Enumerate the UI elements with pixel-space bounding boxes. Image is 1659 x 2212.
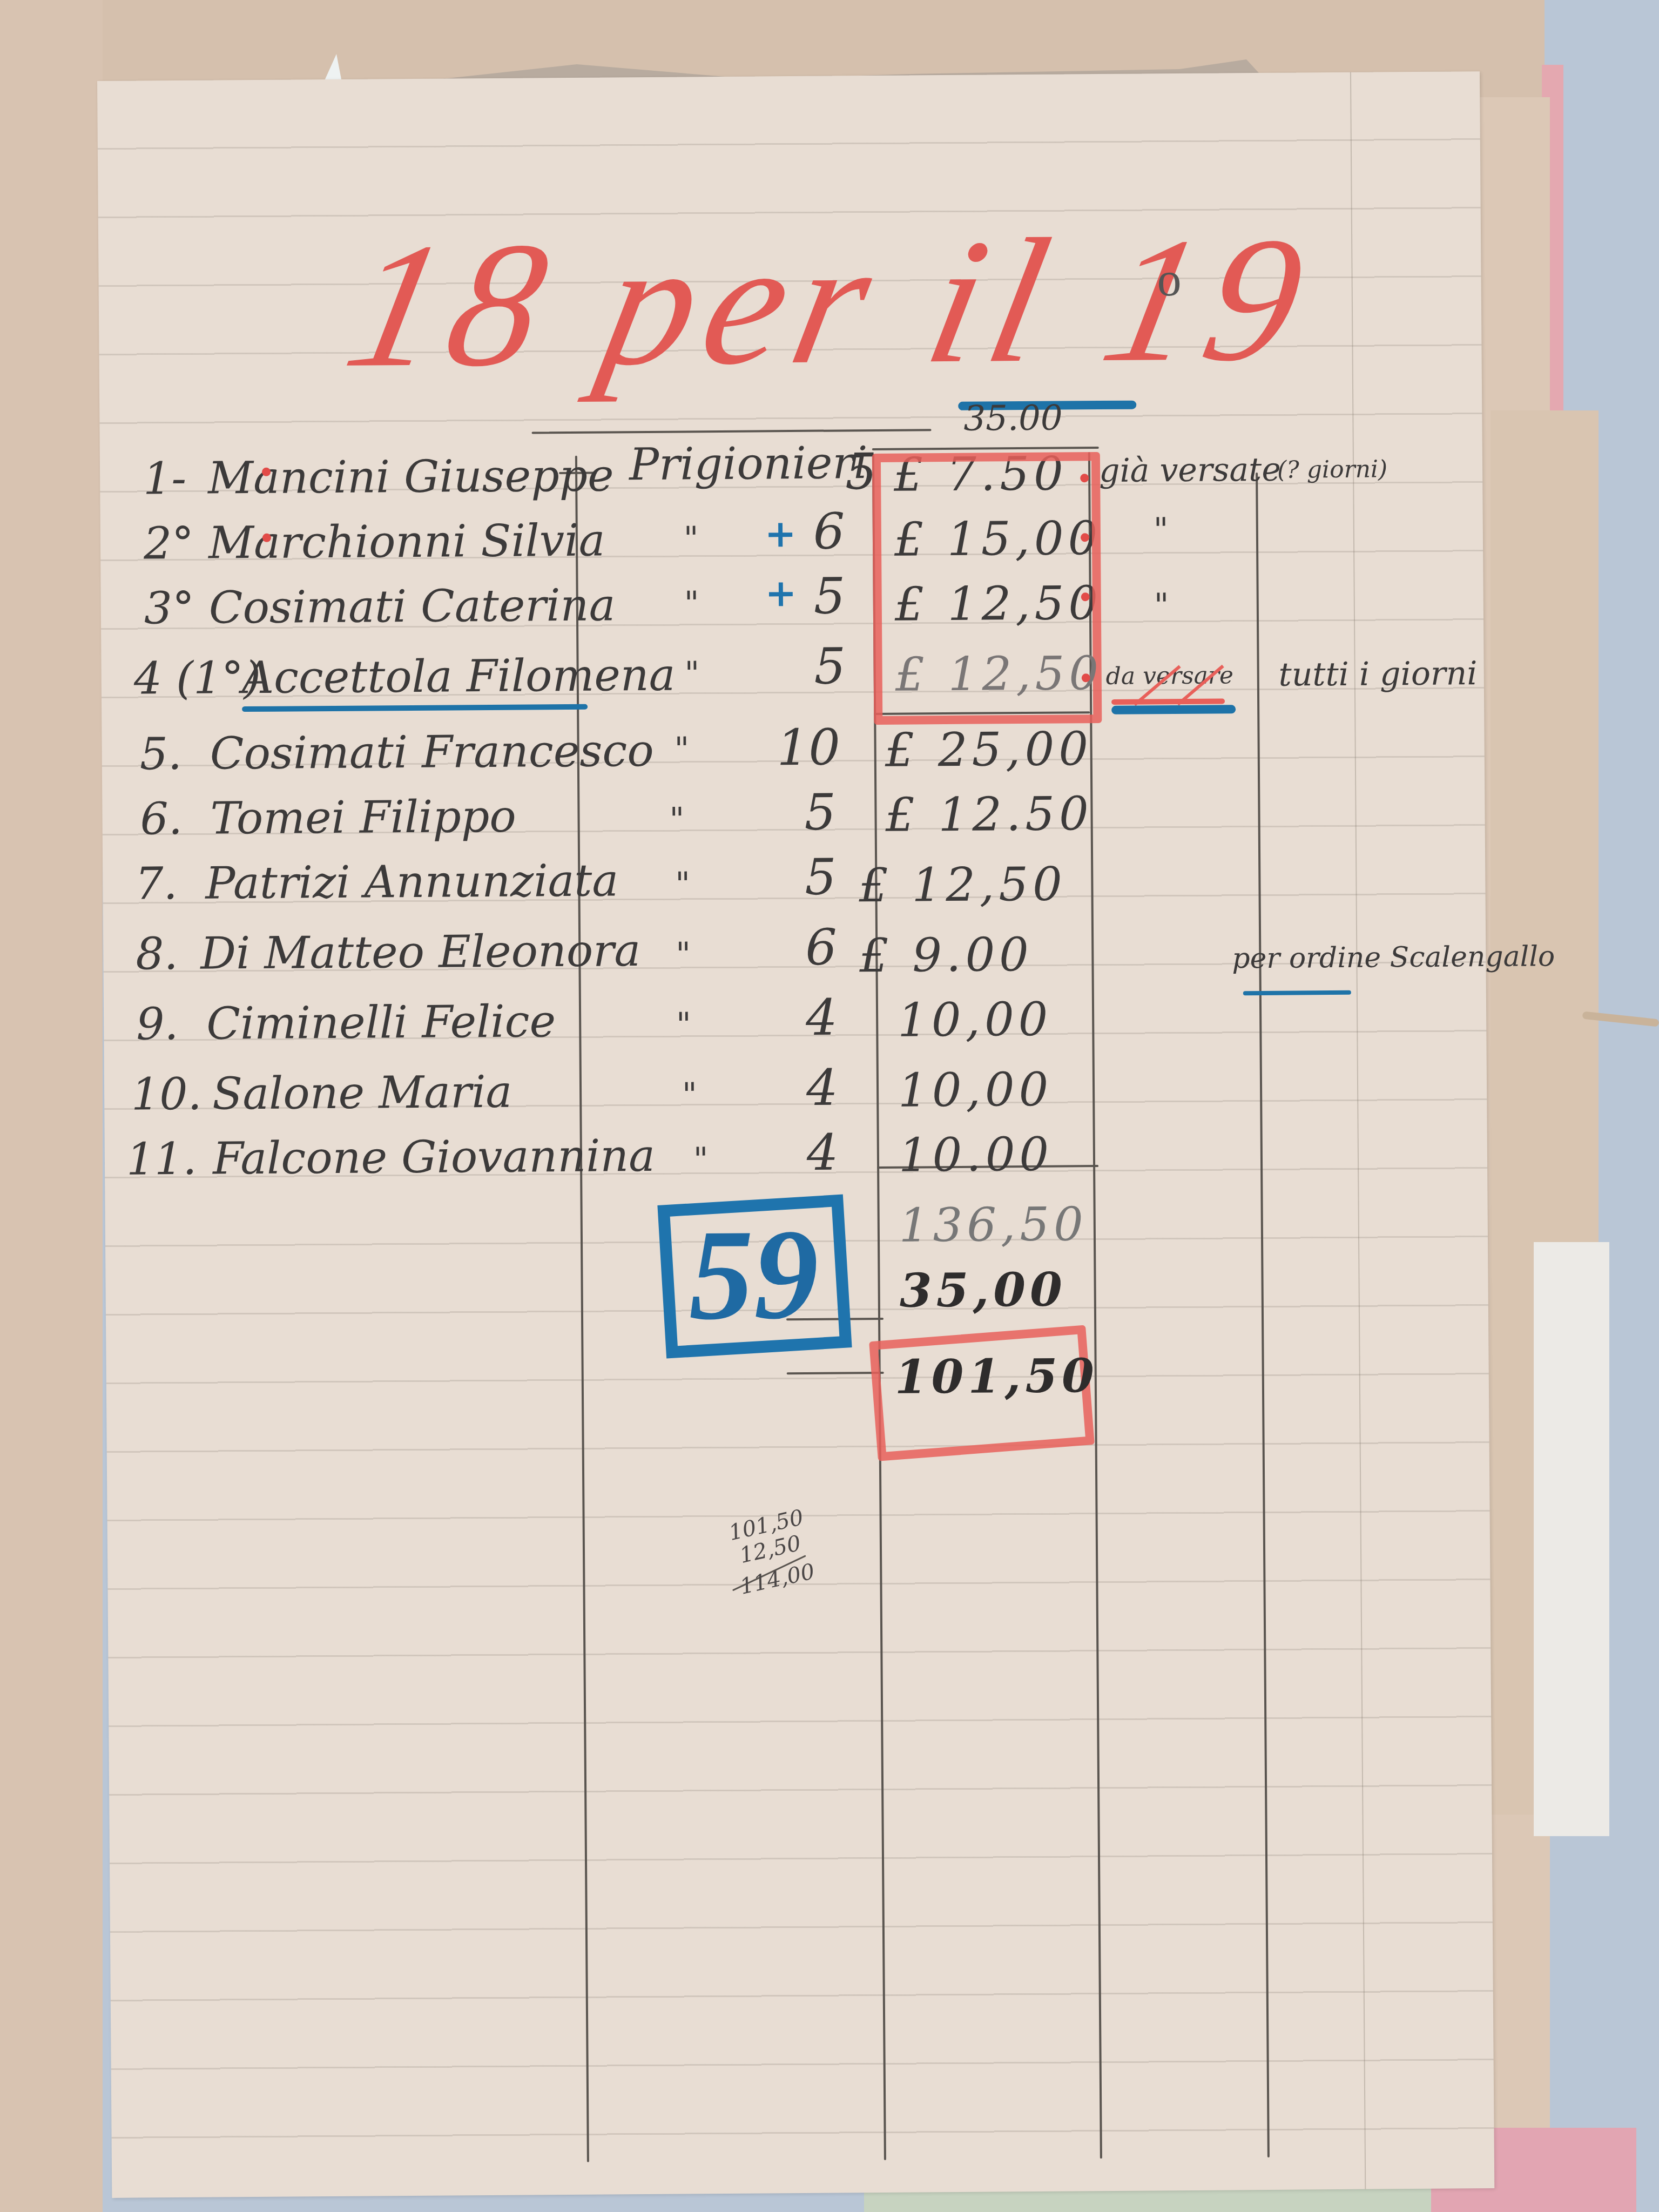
row-note: già versate xyxy=(1099,451,1281,490)
row-side-note: per ordine Scalengallo xyxy=(1232,940,1555,975)
row-amount: 10.00 xyxy=(899,1128,1054,1183)
side-note-blue-underline xyxy=(1243,990,1351,995)
row-quantity: 10 xyxy=(777,718,840,777)
row-quantity: 5 xyxy=(813,567,845,625)
red-check-dot xyxy=(1082,673,1090,682)
row-amount: £ 12.50 xyxy=(885,787,1093,842)
row-name: Mancini Giuseppe xyxy=(208,450,614,504)
category-header: Prigionieri xyxy=(629,437,868,490)
row-name: Salone Maria xyxy=(212,1067,512,1120)
row-number: 7. xyxy=(135,858,178,910)
row-note: " xyxy=(1154,511,1169,549)
row-category-ditto: " xyxy=(669,800,684,838)
row-quantity: 6 xyxy=(813,502,845,560)
row-number: 8. xyxy=(136,928,178,980)
row-quantity: 4 xyxy=(807,1123,839,1181)
net-rule xyxy=(787,1372,884,1374)
row-amount: £ 12,50 xyxy=(859,858,1067,913)
blue-underline-mark xyxy=(1111,705,1236,714)
row-quantity: 5 xyxy=(814,637,846,695)
row-name: Patrizi Annunziata xyxy=(205,855,619,909)
row-number: 5. xyxy=(139,729,182,780)
row-amount: 10,00 xyxy=(898,993,1053,1048)
row-name: Cosimati Caterina xyxy=(208,579,615,633)
red-mark-dot xyxy=(262,534,271,542)
row-category-ditto: " xyxy=(675,865,690,903)
page-margin-line xyxy=(1350,72,1366,2189)
column-rule-1 xyxy=(575,456,589,2162)
row-number: 6. xyxy=(140,793,183,845)
row-amount: £ 9.00 xyxy=(859,928,1033,983)
row-number: 11. xyxy=(126,1134,197,1185)
row-amount: £ 25,00 xyxy=(885,722,1092,778)
row-note: " xyxy=(1154,586,1169,624)
row-amount: 10,00 xyxy=(898,1063,1053,1118)
net-total: 101,50 xyxy=(894,1348,1098,1405)
row-name: Cosimati Francesco xyxy=(210,725,654,780)
row-number: 2° xyxy=(144,518,194,570)
red-mark-dot xyxy=(262,468,271,476)
deduction-amount: 35,00 xyxy=(899,1263,1067,1318)
row-quantity: 5 xyxy=(804,783,836,841)
row-quantity: 4 xyxy=(806,988,838,1046)
row-number: 10. xyxy=(131,1069,202,1121)
row-name: Falcone Giovannina xyxy=(213,1130,656,1185)
gross-total: 136,50 xyxy=(899,1197,1088,1252)
top-subtotal: 35.00 xyxy=(963,399,1063,439)
row-name: Accettola Filomena xyxy=(241,650,675,704)
row-category-ditto: " xyxy=(676,1006,691,1043)
header-rule xyxy=(532,429,932,434)
row-category-ditto: " xyxy=(684,584,699,622)
name-blue-underline xyxy=(242,704,588,712)
white-insert-sheet xyxy=(1534,1242,1609,1836)
row-name: Di Matteo Eleonora xyxy=(200,925,641,980)
title-superscript: o xyxy=(1157,252,1182,307)
row-quantity: 4 xyxy=(806,1058,838,1116)
row-name: Ciminelli Felice xyxy=(206,996,556,1050)
row-category-ditto: " xyxy=(684,655,699,692)
total-quantity: 59 xyxy=(688,1199,819,1350)
row-quantity: 6 xyxy=(805,918,837,976)
ledger-page: 18 per il 19 o Prigionieri 35.00 1- Manc… xyxy=(97,71,1494,2198)
row-side-note: tutti i giorni xyxy=(1278,655,1477,694)
red-underline-mark xyxy=(1111,698,1225,704)
row-number: 1- xyxy=(143,453,187,505)
blue-plus-mark: + xyxy=(765,511,797,556)
row-number: 3° xyxy=(144,583,194,635)
row-quantity: 5 xyxy=(805,848,837,906)
row-number: 9. xyxy=(136,999,179,1050)
row-name: Tomei Filippo xyxy=(210,791,516,845)
row-side-note: (? giorni) xyxy=(1277,455,1387,483)
row-category-ditto: " xyxy=(676,935,691,973)
row-category-ditto: " xyxy=(684,520,699,557)
row-category-ditto: " xyxy=(674,730,689,768)
blue-plus-mark: + xyxy=(765,570,797,615)
row-amount: £ 12,50 xyxy=(895,646,1103,702)
row-category-ditto: " xyxy=(682,1076,697,1114)
column-rule-4 xyxy=(1256,473,1270,2157)
folder-cover-left xyxy=(0,0,103,2212)
row-category-ditto: " xyxy=(693,1141,709,1178)
